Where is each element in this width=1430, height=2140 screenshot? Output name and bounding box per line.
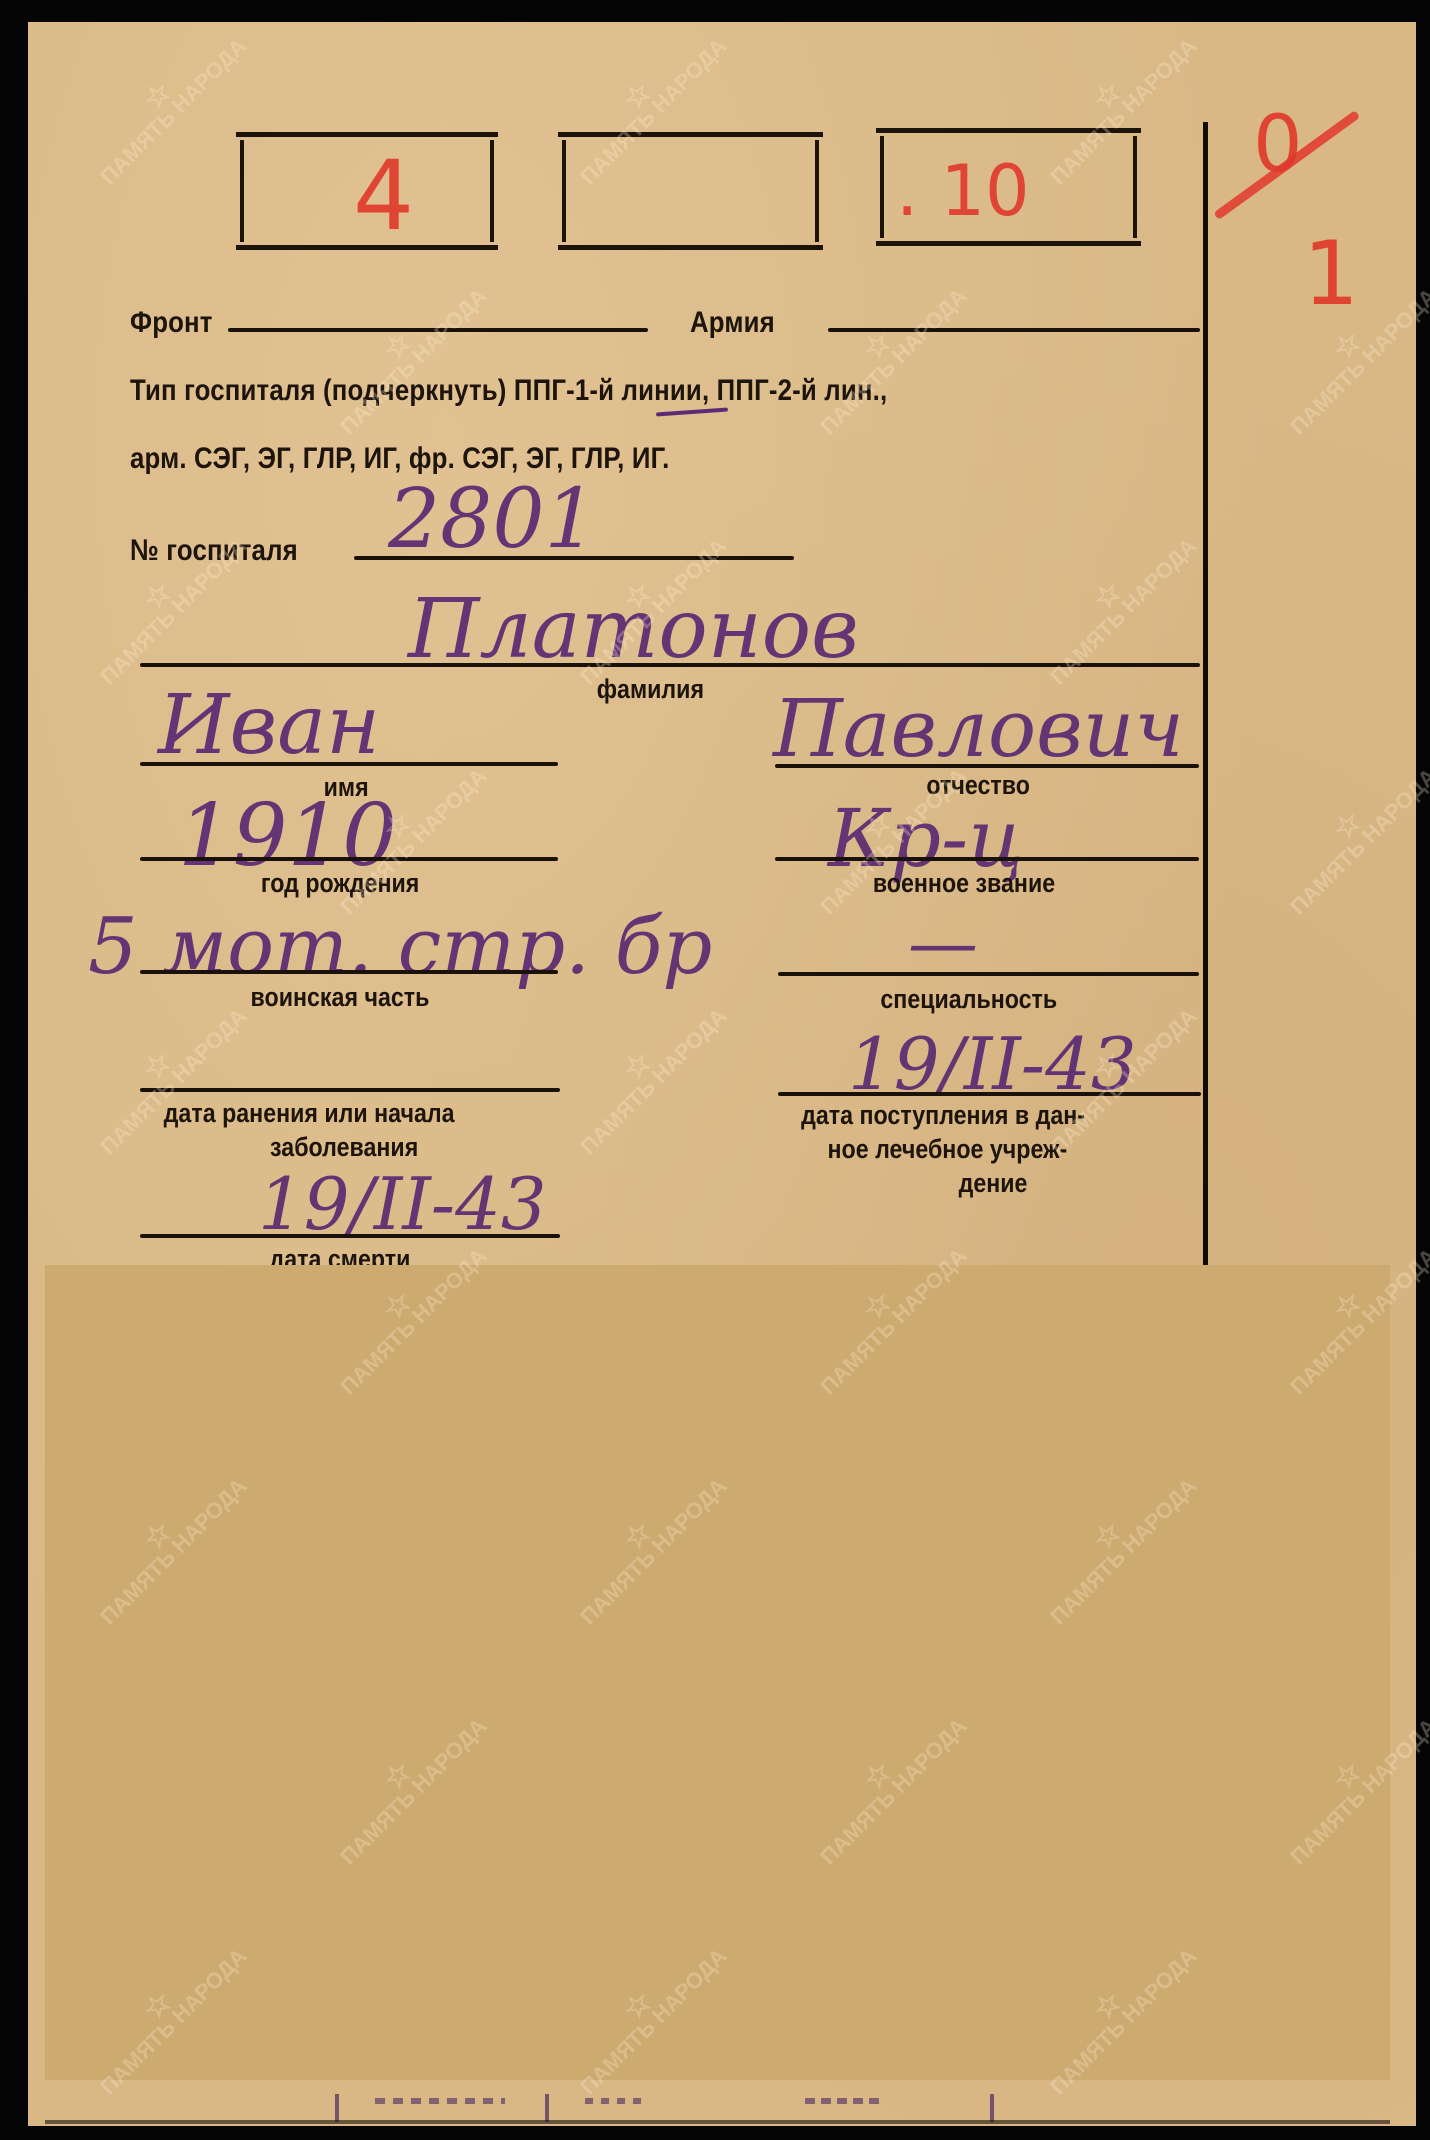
- unit-value: 5 мот. стр. бр: [88, 902, 712, 992]
- watermark: ☆ПАМЯТЬ НАРОДА: [561, 989, 731, 1159]
- wound-date-line: [140, 1088, 560, 1092]
- admission-date-label-3: дение: [959, 1166, 1028, 1200]
- first-name-line: [140, 762, 558, 766]
- vertical-divider: [1203, 122, 1208, 1267]
- rank-label: военное звание: [873, 866, 1055, 900]
- hospital-type-line1: Тип госпиталя (подчеркнуть) ППГ-1-й лини…: [130, 374, 887, 408]
- wound-date-label-1: дата ранения или начала: [164, 1096, 455, 1130]
- watermark: ☆ПАМЯТЬ НАРОДА: [81, 989, 251, 1159]
- code-box-3-value: . 10: [896, 150, 1030, 232]
- army-label: Армия: [690, 306, 775, 340]
- watermark: ☆ПАМЯТЬ НАРОДА: [801, 269, 971, 439]
- code-box-1-value: 4: [353, 140, 414, 252]
- death-date-line: [140, 1234, 560, 1238]
- death-date-label: дата смерти: [269, 1242, 410, 1266]
- hospital-number-value: 2801: [388, 472, 597, 567]
- hospital-type-line2: арм. СЭГ, ЭГ, ГЛР, ИГ, фр. СЭГ, ЭГ, ГЛР,…: [130, 442, 669, 476]
- watermark: ☆ПАМЯТЬ НАРОДА: [1271, 749, 1430, 919]
- first-name-value: Иван: [158, 678, 380, 773]
- hospital-type-underline: [656, 407, 728, 416]
- specialty-label: специальность: [880, 982, 1057, 1016]
- watermark: ☆ПАМЯТЬ НАРОДА: [81, 19, 251, 189]
- front-label: Фронт: [130, 306, 213, 340]
- unit-label: воинская часть: [251, 980, 430, 1014]
- corner-mark-denominator: 1: [1303, 222, 1359, 325]
- admission-date-line: [778, 1092, 1201, 1096]
- bottom-cutoff-strokes: [45, 2084, 1390, 2124]
- unit-line: [140, 970, 558, 974]
- specialty-line: [778, 972, 1199, 976]
- watermark: ☆ПАМЯТЬ НАРОДА: [321, 269, 491, 439]
- admission-date-label-2: ное лечебное учреж-: [828, 1132, 1068, 1166]
- wound-date-label-2: заболевания: [270, 1130, 418, 1164]
- surname-label: фамилия: [597, 672, 704, 706]
- patronymic-value: Павлович: [773, 682, 1184, 775]
- document-card: 4 . 10 0 1 Фронт Армия Тип госпиталя (по…: [28, 22, 1416, 2126]
